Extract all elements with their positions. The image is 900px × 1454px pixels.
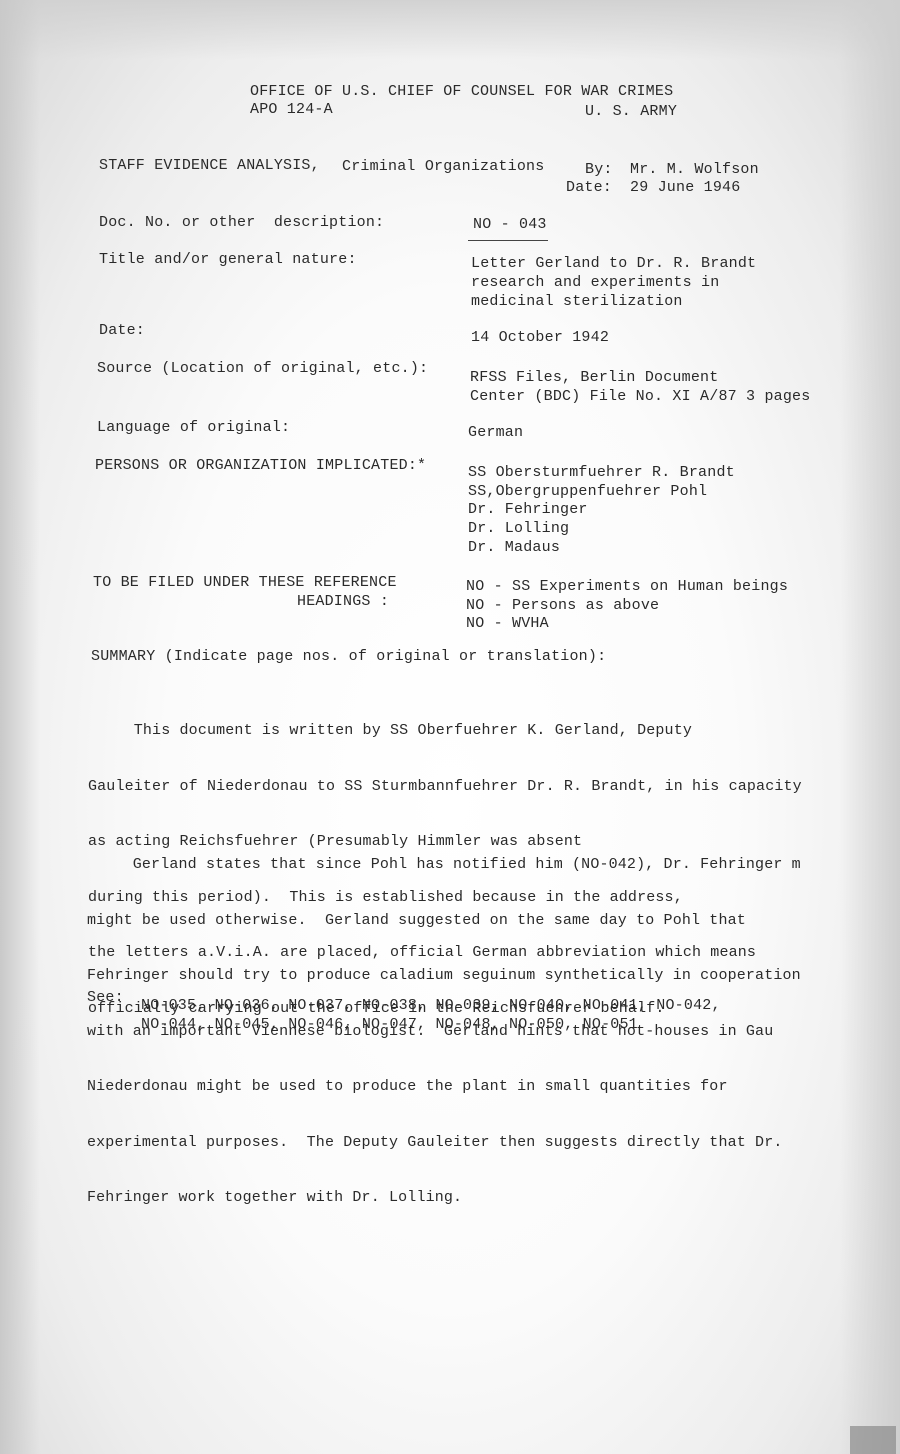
person-1: SS Obersturmfuehrer R. Brandt <box>468 464 735 482</box>
source-line-1: RFSS Files, Berlin Document <box>470 369 718 387</box>
doc-no-value: NO - 043 <box>473 216 547 234</box>
summary-p1-line: This document is written by SS Oberfuehr… <box>88 722 802 741</box>
person-2: SS,Obergruppenfuehrer Pohl <box>468 483 707 501</box>
date-field-label: Date: <box>99 322 145 340</box>
title-line-3: medicinal sterilization <box>471 293 683 311</box>
person-5: Dr. Madaus <box>468 539 560 557</box>
language-value: German <box>468 424 523 442</box>
reference-heading-3: NO - WVHA <box>466 615 549 633</box>
summary-label: SUMMARY (Indicate page nos. of original … <box>91 648 606 666</box>
see-also-line-1: NO-035, NO-036, NO-037, NO-038, NO-039, … <box>141 997 721 1015</box>
by-label: By: <box>585 161 613 179</box>
doc-no-label: Doc. No. or other description: <box>99 214 384 232</box>
source-line-2: Center (BDC) File No. XI A/87 3 pages <box>470 388 810 406</box>
summary-p1-line: Gauleiter of Niederdonau to SS Sturmbann… <box>88 778 802 797</box>
date-label: Date: <box>566 179 612 197</box>
see-also-label: See: <box>87 989 124 1007</box>
document-page: OFFICE OF U.S. CHIEF OF COUNSEL FOR WAR … <box>0 0 900 1454</box>
paper-shadow-left <box>0 0 40 1454</box>
source-label: Source (Location of original, etc.): <box>97 360 428 378</box>
apo-number: APO 124-A <box>250 101 333 119</box>
persons-label: PERSONS OR ORGANIZATION IMPLICATED:* <box>95 457 426 475</box>
summary-p2-line: Fehringer work together with Dr. Lolling… <box>87 1189 801 1208</box>
reference-label-line-1: TO BE FILED UNDER THESE REFERENCE <box>93 574 397 592</box>
summary-p2-line: might be used otherwise. Gerland suggest… <box>87 912 801 931</box>
summary-p2-line: Fehringer should try to produce caladium… <box>87 967 801 986</box>
analysis-subject: Criminal Organizations <box>342 158 544 176</box>
summary-p2-line: experimental purposes. The Deputy Gaulei… <box>87 1134 801 1153</box>
office-heading: OFFICE OF U.S. CHIEF OF COUNSEL FOR WAR … <box>250 83 673 101</box>
author: Mr. M. Wolfson <box>630 161 759 179</box>
reference-heading-1: NO - SS Experiments on Human beings <box>466 578 788 596</box>
summary-p2-line: Niederdonau might be used to produce the… <box>87 1078 801 1097</box>
date-field-value: 14 October 1942 <box>471 329 609 347</box>
paper-shadow-top <box>0 0 900 60</box>
army-label: U. S. ARMY <box>585 103 677 121</box>
title-label: Title and/or general nature: <box>99 251 357 269</box>
person-4: Dr. Lolling <box>468 520 569 538</box>
person-3: Dr. Fehringer <box>468 501 588 519</box>
see-also-line-2: NO-044, NO-045, NO-046, NO-047, NO-048, … <box>141 1016 638 1034</box>
analysis-date: 29 June 1946 <box>630 179 740 197</box>
language-label: Language of original: <box>97 419 290 437</box>
paper-shadow-right <box>840 0 900 1454</box>
title-line-2: research and experiments in <box>471 274 719 292</box>
title-line-1: Letter Gerland to Dr. R. Brandt <box>471 255 756 273</box>
reference-label-line-2: HEADINGS : <box>297 593 389 611</box>
doc-no-underline <box>468 240 548 241</box>
reference-heading-2: NO - Persons as above <box>466 597 659 615</box>
paper-corner-mark <box>850 1426 896 1454</box>
analysis-title: STAFF EVIDENCE ANALYSIS, <box>99 157 320 175</box>
summary-p2-line: Gerland states that since Pohl has notif… <box>87 856 801 875</box>
